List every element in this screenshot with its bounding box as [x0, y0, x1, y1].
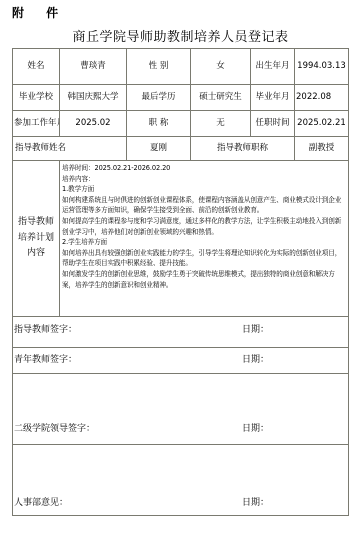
- form-title: 商丘学院导师助教制培养人员登记表: [0, 26, 361, 45]
- hr-date-label: 日期：: [242, 498, 269, 509]
- degree-value[interactable]: 硕士研究生: [191, 85, 251, 111]
- mentor-name-value[interactable]: 夏刚: [127, 137, 191, 161]
- grad-label: 毕业年月: [251, 85, 295, 111]
- title-value[interactable]: 无: [191, 111, 251, 137]
- school-value[interactable]: 韩国庆熙大学: [60, 85, 127, 111]
- teacher-signature-label: 青年教师签字：: [14, 355, 77, 366]
- grad-value[interactable]: 2022.08: [295, 85, 349, 111]
- plan-line: 培养时间：2025.02.21-2026.02.20: [62, 163, 346, 174]
- row-mentor: 指导教师姓名 夏刚 指导教师职称 副教授: [13, 137, 349, 161]
- gender-label: 性 别: [127, 49, 191, 85]
- title-label: 职 称: [127, 111, 191, 137]
- plan-line: 如何激发学生的创新创业思维，鼓励学生勇于突破传统思维模式，提出独特的商业创意和解…: [62, 269, 346, 290]
- plan-content[interactable]: 培养时间：2025.02.21-2026.02.20 培养内容： 1.教学方面 …: [60, 161, 349, 317]
- signature-row-college: 二级学院领导签字： 日期：: [13, 374, 349, 445]
- plan-line: 如何培养出具有较强创新创业实践能力的学生，引导学生将理论知识转化为实际的创新创业…: [62, 248, 346, 269]
- signature-row-hr: 人事部意见： 日期：: [13, 445, 349, 516]
- plan-line: 1.教学方面: [62, 184, 346, 195]
- hire-label: 任职时间: [251, 111, 295, 137]
- hr-opinion-label: 人事部意见：: [14, 498, 68, 509]
- registration-form-table: 姓名 曹琰青 性 别 女 出生年月 1994.03.13 毕业学校 韩国庆熙大学…: [12, 48, 349, 516]
- mentor-date-label: 日期：: [242, 325, 269, 336]
- plan-line: 如何提高学生的课程参与度和学习满意度，通过多样化的教学方法，让学生积极主动地投入…: [62, 216, 346, 237]
- signature-row-teacher: 青年教师签字： 日期：: [13, 348, 349, 374]
- name-value[interactable]: 曹琰青: [60, 49, 127, 85]
- mentor-name-label: 指导教师姓名: [13, 137, 127, 161]
- signature-row-mentor: 指导教师签字： 日期：: [13, 317, 349, 348]
- mentor-title-label: 指导教师职称: [191, 137, 295, 161]
- birth-value[interactable]: 1994.03.13: [295, 49, 349, 85]
- plan-line: 2.学生培养方面: [62, 237, 346, 248]
- hire-value[interactable]: 2025.02.21: [295, 111, 349, 137]
- gender-value[interactable]: 女: [191, 49, 251, 85]
- row-basic-info: 姓名 曹琰青 性 别 女 出生年月 1994.03.13: [13, 49, 349, 85]
- school-label: 毕业学校: [13, 85, 60, 111]
- college-signature-label: 二级学院领导签字：: [14, 424, 95, 435]
- attachment-label: 附 件: [12, 4, 67, 21]
- work-value[interactable]: 2025.02: [60, 111, 127, 137]
- mentor-title-value[interactable]: 副教授: [295, 137, 349, 161]
- plan-line: 培养内容：: [62, 174, 346, 185]
- college-date-label: 日期：: [242, 424, 269, 435]
- mentor-signature-label: 指导教师签字：: [14, 325, 77, 336]
- plan-line: 如何构建系统且与时俱进的创新创业课程体系，使课程内容涵盖从创意产生、商业模式设计…: [62, 195, 346, 216]
- teacher-date-label: 日期：: [242, 355, 269, 366]
- plan-label: 指导教师培养计划内容: [13, 161, 60, 317]
- degree-label: 最后学历: [127, 85, 191, 111]
- row-employment: 参加工作年月 2025.02 职 称 无 任职时间 2025.02.21: [13, 111, 349, 137]
- row-education: 毕业学校 韩国庆熙大学 最后学历 硕士研究生 毕业年月 2022.08: [13, 85, 349, 111]
- work-label: 参加工作年月: [13, 111, 60, 137]
- birth-label: 出生年月: [251, 49, 295, 85]
- row-plan: 指导教师培养计划内容 培养时间：2025.02.21-2026.02.20 培养…: [13, 161, 349, 317]
- name-label: 姓名: [13, 49, 60, 85]
